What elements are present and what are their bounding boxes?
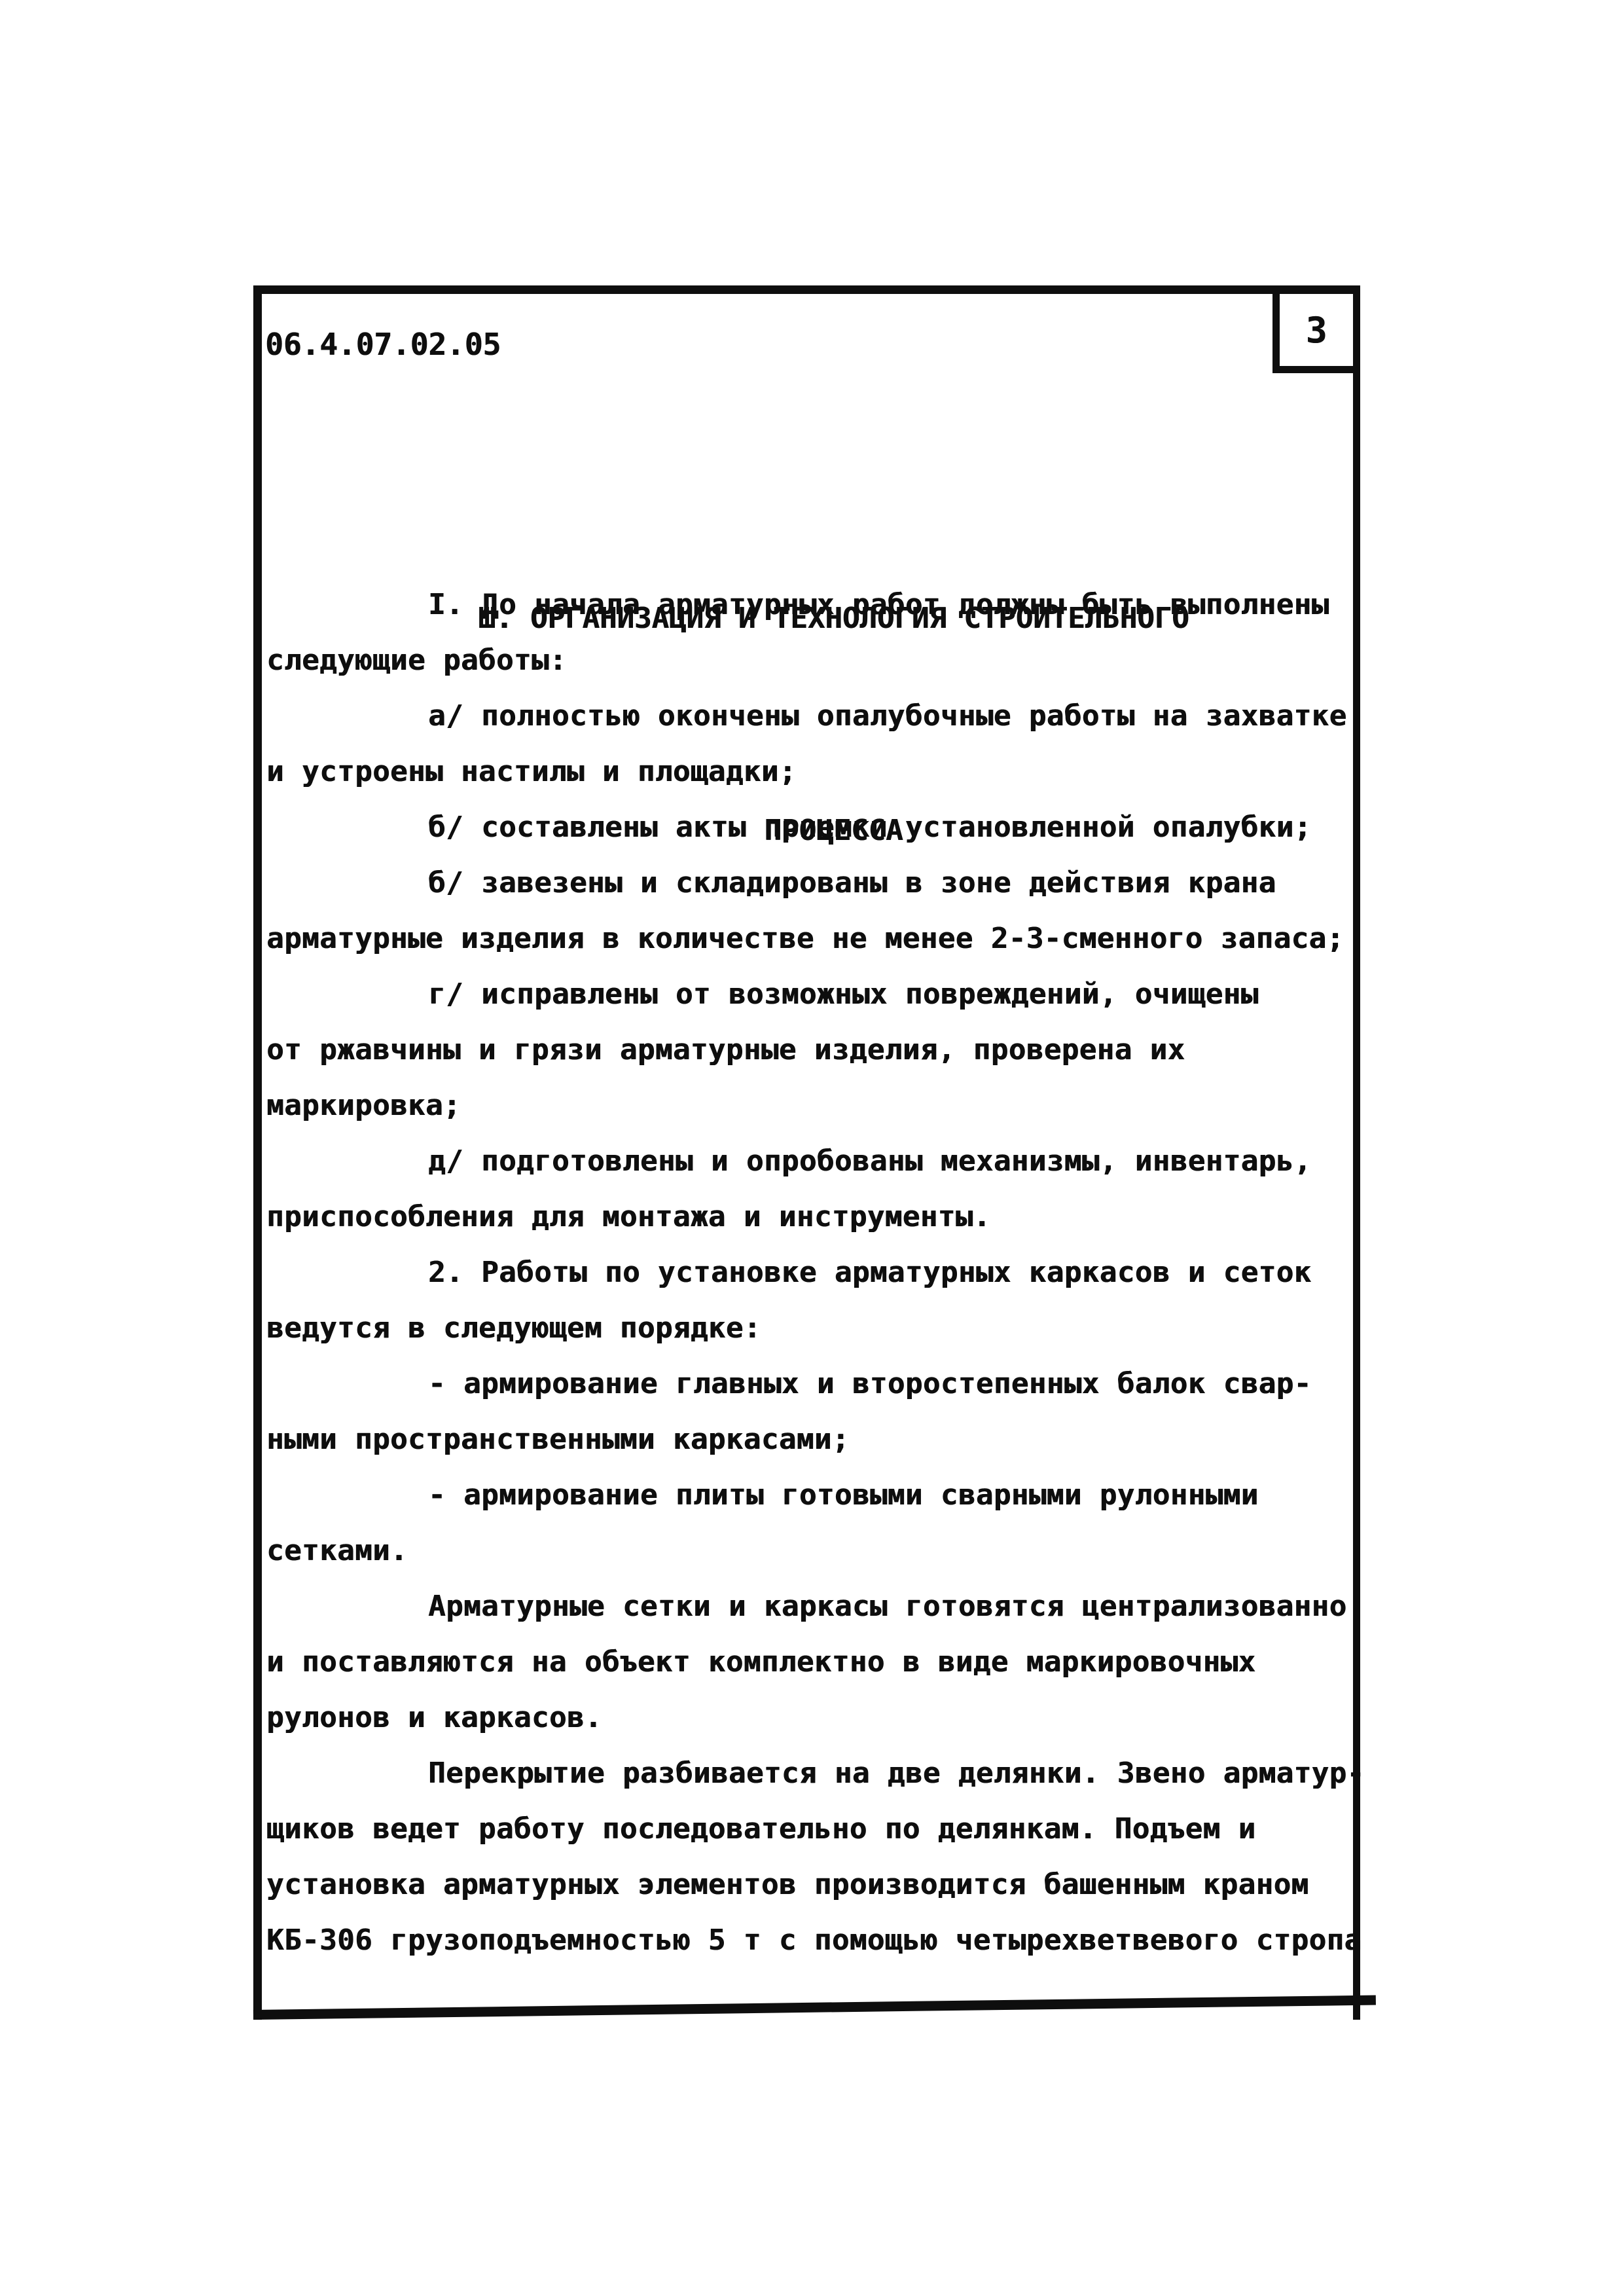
page-frame: 06.4.07.02.05 3 Ш. ОРГАНИЗАЦИЯ И ТЕХНОЛО… [253,285,1360,2020]
page-number: 3 [1306,310,1327,351]
text-line: д/ подготовлены и опробованы механизмы, … [266,1133,1354,1189]
text-line: от ржавчины и грязи арматурные изделия, … [266,1022,1354,1078]
page-number-box: 3 [1272,294,1353,373]
text-line: 2. Работы по установке арматурных каркас… [266,1245,1354,1300]
text-line: установка арматурных элементов производи… [266,1857,1354,1912]
text-line: ными пространственными каркасами; [266,1412,1354,1467]
text-line: Перекрытие разбивается на две делянки. З… [266,1745,1354,1801]
document-code: 06.4.07.02.05 [265,327,501,362]
text-line: - армирование главных и второстепенных б… [266,1356,1354,1412]
text-line: б/ составлены акты приемки установленной… [266,799,1354,855]
text-line: маркировка; [266,1078,1354,1133]
text-line: ведутся в следующем порядке: [266,1300,1354,1356]
text-line: следующие работы: [266,632,1354,688]
text-line: КБ-306 грузоподъемностью 5 т с помощью ч… [266,1912,1354,1968]
scanned-page: 06.4.07.02.05 3 Ш. ОРГАНИЗАЦИЯ И ТЕХНОЛО… [0,0,1624,2296]
text-line: сетками. [266,1523,1354,1578]
text-line: арматурные изделия в количестве не менее… [266,911,1354,966]
text-line: а/ полностью окончены опалубочные работы… [266,688,1354,744]
text-line: и поставляются на объект комплектно в ви… [266,1634,1354,1690]
text-line: и устроены настилы и площадки; [266,744,1354,799]
text-line: б/ завезены и складированы в зоне действ… [266,855,1354,911]
text-line: щиков ведет работу последовательно по де… [266,1801,1354,1857]
text-line: - армирование плиты готовыми сварными ру… [266,1467,1354,1523]
frame-bottom-rule [253,1995,1376,2020]
text-line: Арматурные сетки и каркасы готовятся цен… [266,1578,1354,1634]
text-line: приспособления для монтажа и инструменты… [266,1189,1354,1245]
body-text: I. До начала арматурных работ должны быт… [266,577,1354,1968]
text-line: рулонов и каркасов. [266,1690,1354,1745]
text-line: I. До начала арматурных работ должны быт… [266,577,1354,632]
text-line: г/ исправлены от возможных повреждений, … [266,966,1354,1022]
